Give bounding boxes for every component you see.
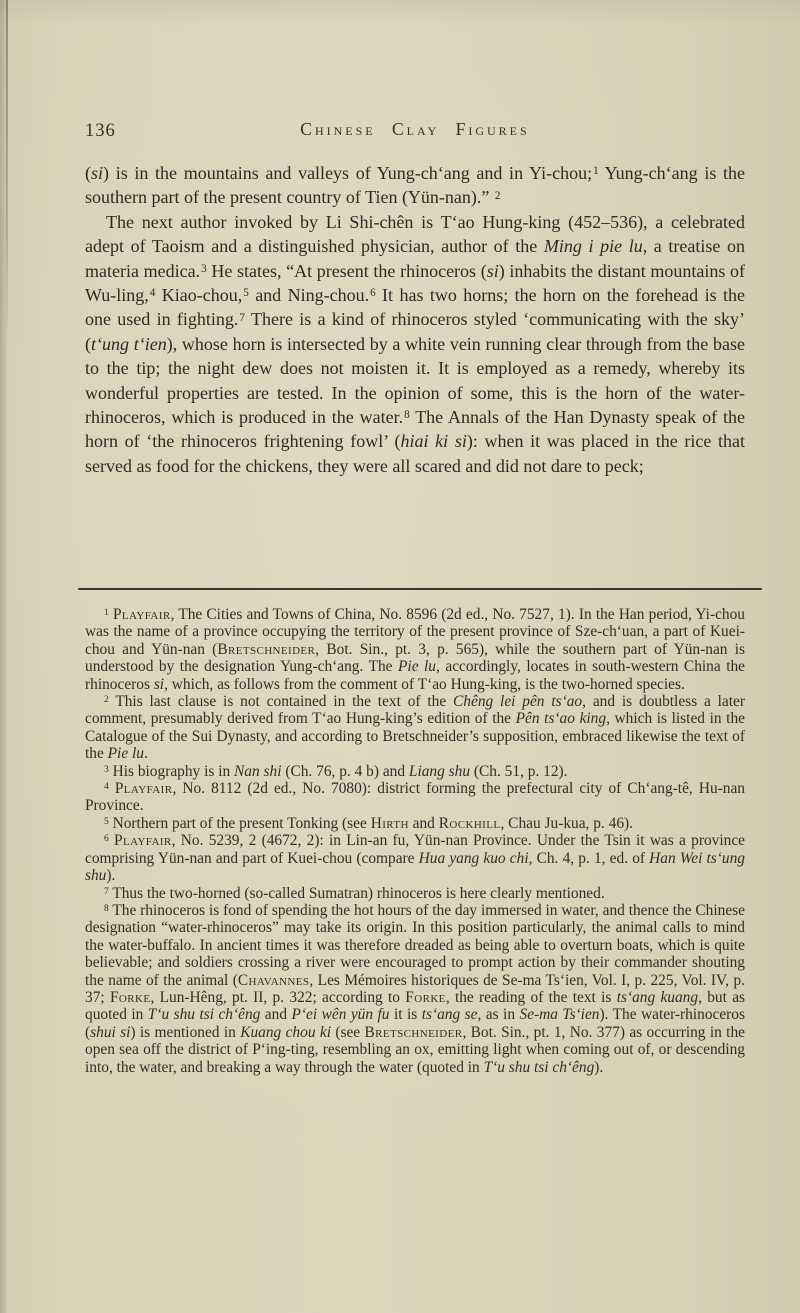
footnote-5: 5 Northern part of the present Tonking (… xyxy=(85,815,745,832)
footnote-3: 3 His biography is in Nan shi (Ch. 76, p… xyxy=(85,763,745,780)
running-head: 136 Chinese Clay Figures xyxy=(85,119,745,145)
footnote-1: 1 Playfair, The Cities and Towns of Chin… xyxy=(85,606,745,693)
body-paragraph-continuation: (si) is in the mountains and valleys of … xyxy=(85,161,745,210)
page-number: 136 xyxy=(85,121,116,142)
footnote-7: 7 Thus the two-horned (so-called Sumatra… xyxy=(85,885,745,902)
main-text-block: (si) is in the mountains and valleys of … xyxy=(85,161,745,478)
book-page-scan: 136 Chinese Clay Figures (si) is in the … xyxy=(0,0,800,1313)
footnote-8: 8 The rhinoceros is fond of spending the… xyxy=(85,902,745,1076)
footnote-2: 2 This last clause is not contained in t… xyxy=(85,693,745,763)
footnote-4: 4 Playfair, No. 8112 (2d ed., No. 7080):… xyxy=(85,780,745,815)
footnote-6: 6 Playfair, No. 5239, 2 (4672, 2): in Li… xyxy=(85,832,745,884)
page-edge-line xyxy=(6,0,8,345)
footnotes-section: 1 Playfair, The Cities and Towns of Chin… xyxy=(85,606,745,1076)
footnote-divider-rule xyxy=(78,588,762,590)
body-paragraph: The next author invoked by Li Shi-chên i… xyxy=(85,210,745,478)
running-title: Chinese Clay Figures xyxy=(85,119,745,140)
